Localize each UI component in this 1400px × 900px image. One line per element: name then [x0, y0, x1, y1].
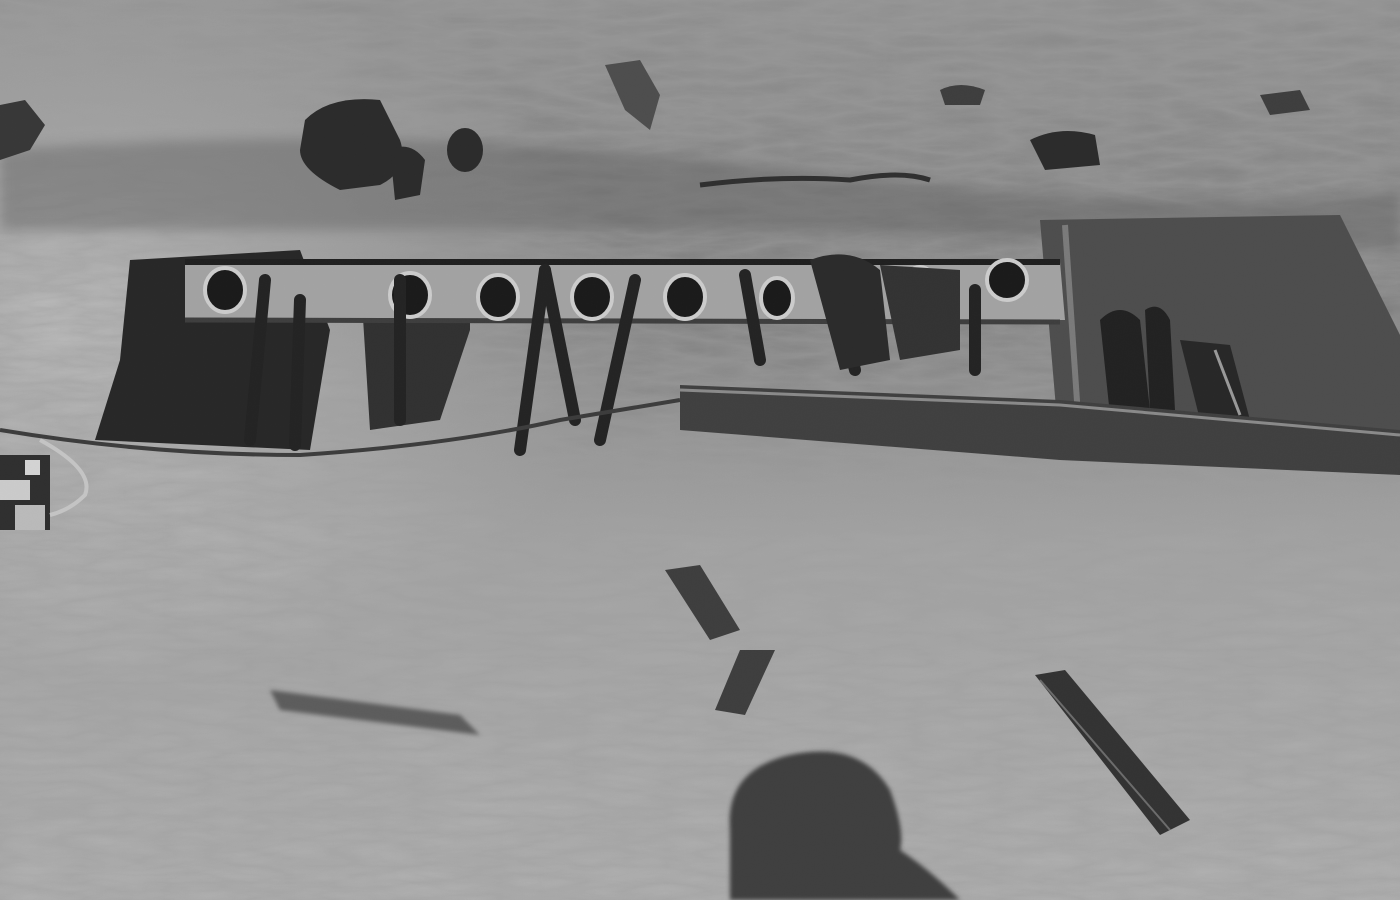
photo-canvas	[0, 0, 1400, 900]
wreckage-photograph	[0, 0, 1400, 900]
